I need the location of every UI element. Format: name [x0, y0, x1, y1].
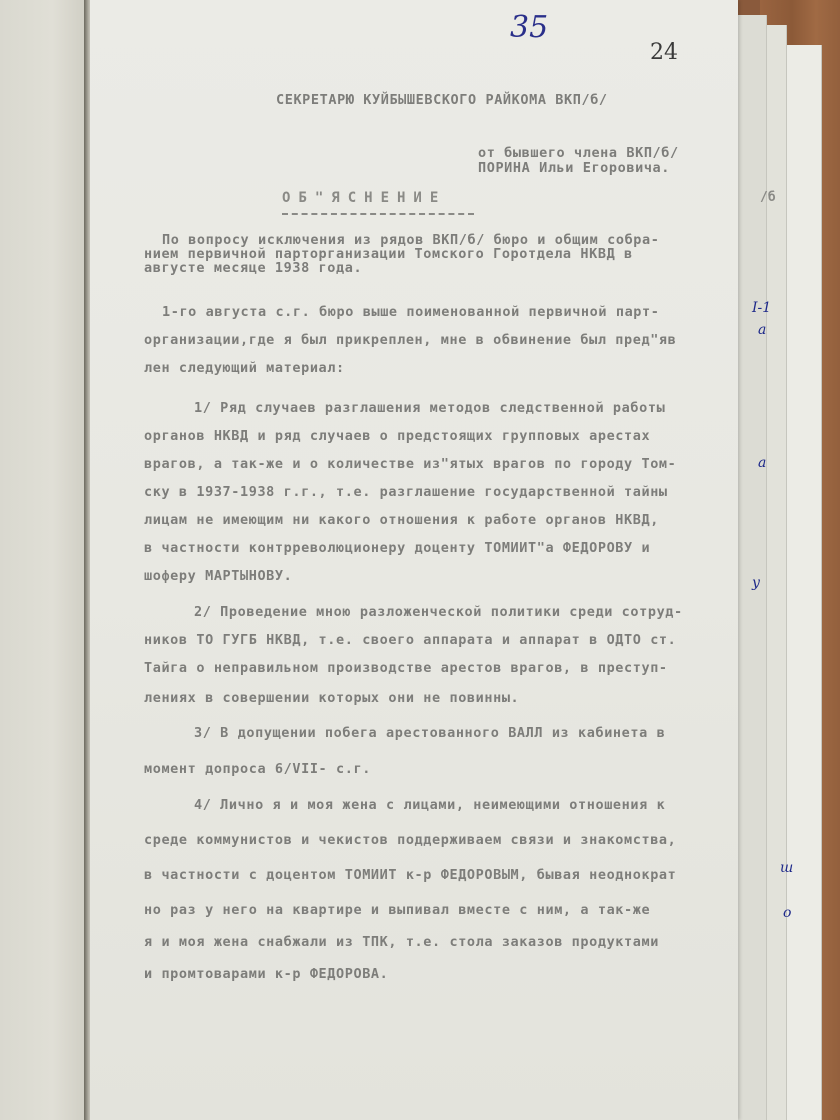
sender-name-line: ПОРИНА Ильи Егоровича.: [478, 160, 670, 176]
document-page: 35 24 СЕКРЕТАРЮ КУЙБЫШЕВСКОГО РАЙКОМА ВК…: [90, 0, 738, 1120]
margin-typed-fragment: /б: [760, 190, 776, 205]
accusation-item-4: 4/ Лично я и моя жена с лицами, неимеющи…: [194, 797, 665, 813]
accusation-item-4: я и моя жена снабжали из ТПК, т.е. стола…: [144, 934, 659, 950]
accusation-item-1: шоферу МАРТЫНОВУ.: [144, 568, 292, 584]
margin-handwritten-mark: а: [758, 322, 766, 338]
accusation-item-3: момент допроса 6/VII- с.г.: [144, 761, 371, 777]
previous-page: [0, 0, 88, 1120]
title-underline: [282, 213, 474, 215]
accusation-item-2: ников ТО ГУГБ НКВД, т.е. своего аппарата…: [144, 632, 676, 648]
addressee-line: СЕКРЕТАРЮ КУЙБЫШЕВСКОГО РАЙКОМА ВКП/б/: [276, 92, 608, 108]
accusation-item-1: в частности контрреволюционеру доценту Т…: [144, 540, 650, 556]
accusation-item-4: среде коммунистов и чекистов поддерживае…: [144, 832, 676, 848]
paragraph-line: лен следующий материал:: [144, 360, 345, 376]
accusation-item-4: но раз у него на квартире и выпивал вмес…: [144, 902, 650, 918]
margin-handwritten-mark: о: [783, 905, 791, 921]
accusation-item-1: 1/ Ряд случаев разглашения методов следс…: [194, 400, 665, 416]
accusation-item-1: лицам не имеющим ни какого отношения к р…: [144, 512, 659, 528]
accusation-item-2: Тайга о неправильном производстве аресто…: [144, 660, 668, 676]
page-number: 24: [650, 40, 678, 65]
accusation-item-4: в частности с доцентом ТОМИИТ к-р ФЕДОРО…: [144, 867, 676, 883]
margin-handwritten-mark: а: [758, 455, 766, 471]
margin-handwritten-mark: I-1: [752, 300, 771, 316]
paragraph-line: 1-го августа с.г. бюро выше поименованно…: [162, 304, 659, 320]
accusation-item-1: органов НКВД и ряд случаев о предстоящих…: [144, 428, 650, 444]
margin-handwritten-mark: у: [752, 575, 760, 591]
sender-line-1: от бывшего члена ВКП/б/: [478, 145, 679, 161]
accusation-item-2: 2/ Проведение мною разложенческой полити…: [194, 604, 683, 620]
accusation-item-2: лениях в совершении которых они не повин…: [144, 690, 519, 706]
paragraph-line: организации,где я был прикреплен, мне в …: [144, 332, 676, 348]
margin-handwritten-mark: ш: [780, 860, 793, 876]
accusation-item-4: и промтоварами к-р ФЕДОРОВА.: [144, 966, 388, 982]
intro-line: августе месяце 1938 года.: [144, 260, 362, 276]
document-title: ОБ"ЯСНЕНИЕ: [282, 190, 446, 206]
back-page-sheet: [735, 15, 767, 1120]
accusation-item-1: врагов, а так-же и о количестве из"ятых …: [144, 456, 676, 472]
accusation-item-1: ску в 1937-1938 г.г., т.е. разглашение г…: [144, 484, 668, 500]
archive-number-handwritten: 35: [510, 10, 548, 45]
accusation-item-3: 3/ В допущении побега арестованного ВАЛЛ…: [194, 725, 665, 741]
